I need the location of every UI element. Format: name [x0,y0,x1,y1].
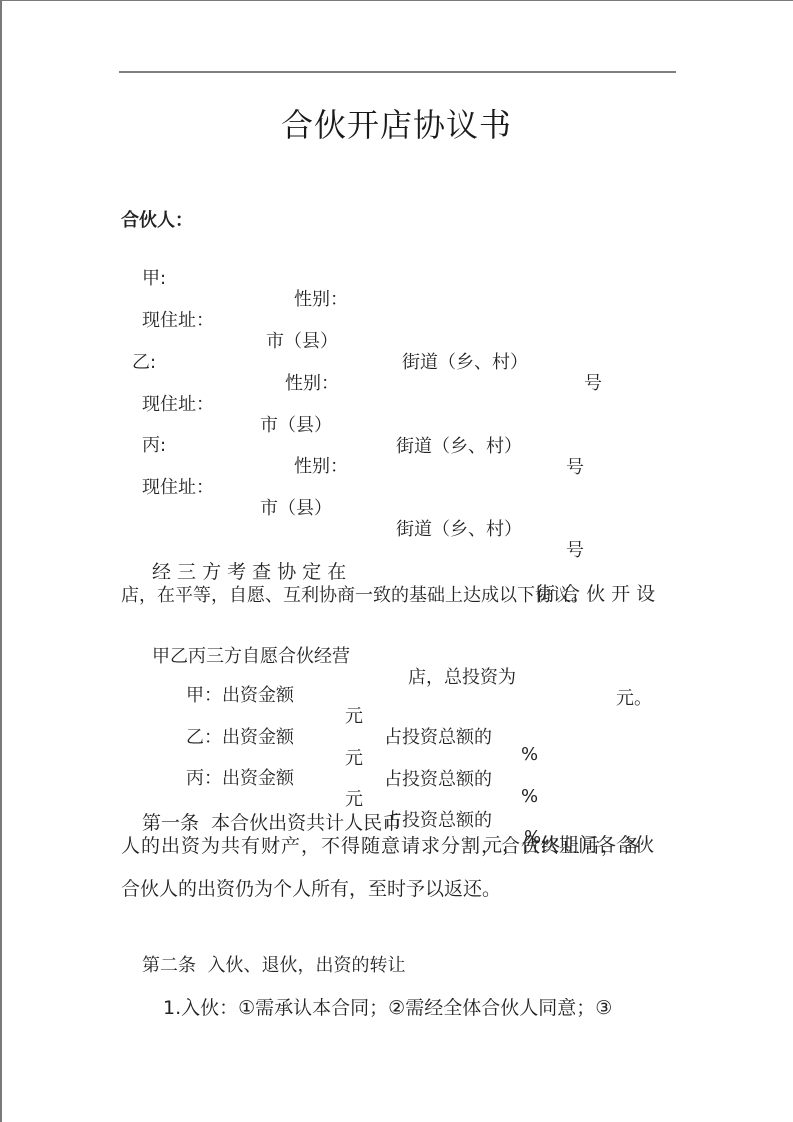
contribution-unit: 元 [345,702,363,728]
article-1-line-2: 人的出资为共有财产，不得随意请求分割，合伙终止后，各 [121,831,641,858]
document-title: 合伙开店协议书 [0,100,793,146]
partner-c-label: 丙: [142,431,166,457]
partner-b-street-label: 街道（乡、村） [396,432,522,458]
contribution-share: 占投资总额的 [384,765,492,791]
partner-b-number-label: 号 [566,453,584,479]
page-border-top [0,0,793,1]
article-2-item-1: 1.入伙：①需承认本合同；②需经全体合伙人同意；③ [163,993,612,1020]
partner-a-number-label: 号 [584,369,602,395]
partner-c-city-label: 市（县） [260,494,332,520]
contribution-party: 甲：出资金额 [186,681,294,707]
partner-c-street-label: 街道（乡、村） [396,515,522,541]
article-1-line-1: 第一条 本合伙出资共计人民币 元，合伙期间各合伙 [0,786,12,852]
contribution-unit: 元 [345,744,363,770]
intro-line-3-b: 店，总投资为 [408,663,516,689]
partners-heading: 合伙人： [121,206,193,232]
partner-c-number-label: 号 [566,536,584,562]
contribution-pct: % [521,744,538,765]
partner-b-city-label: 市（县） [260,411,332,437]
partner-a-gender-label: 性别： [294,285,348,311]
intro-line-3-c: 元。 [616,684,652,710]
intro-line-1-left: 经 三 方 考 查 协 定 在 [152,557,346,584]
article-2-heading: 第二条 入伙、退伙，出资的转让 [142,951,405,977]
partner-a-street-label: 街道（乡、村） [402,348,528,374]
intro-line-1: 经 三 方 考 查 协 定 在 街 合 伙 开 设 [0,535,12,601]
partner-a-label: 甲: [142,264,166,290]
header-rule [119,71,676,73]
contribution-share: 占投资总额的 [384,723,492,749]
partner-c-address-label: 现住址： [142,473,214,499]
article-1-line-3: 合伙人的出资仍为个人所有，至时予以返还。 [121,874,501,901]
partner-c-gender-label: 性别： [294,452,348,478]
partner-a-city-label: 市（县） [266,327,338,353]
contribution-party: 丙：出资金额 [186,764,294,790]
contribution-pct: % [521,786,538,807]
intro-line-3-a: 甲乙丙三方自愿合伙经营 [152,642,350,668]
contribution-party: 乙：出资金额 [186,723,294,749]
intro-line-2: 店，在平等，自愿、互利协商一致的基础上达成以下协议。 [121,581,589,607]
partner-b-gender-label: 性别： [285,369,339,395]
partner-b-label: 乙: [132,348,156,374]
partner-b-address-label: 现住址： [142,390,214,416]
partner-a-address-label: 现住址： [142,306,214,332]
